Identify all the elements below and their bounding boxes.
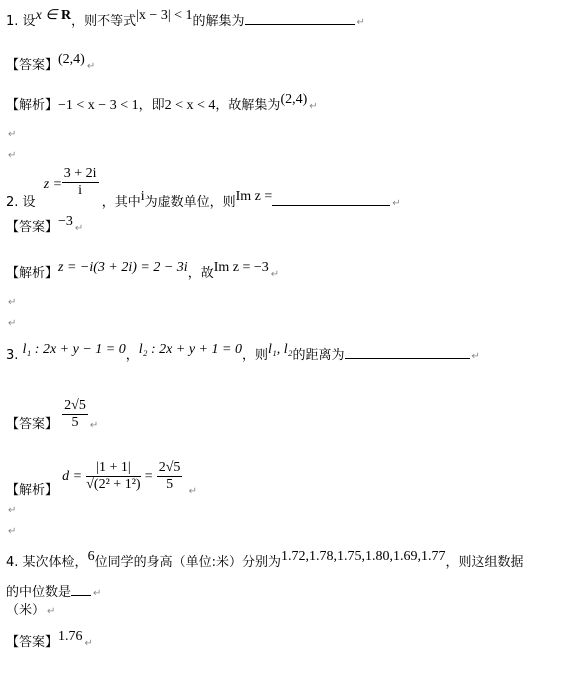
q2-analysis-text: ，故 xyxy=(188,266,214,281)
q4-unit: （米） xyxy=(6,603,45,618)
return-mark-icon: ↵ xyxy=(472,351,480,362)
q4-text3: ，则这组数据 xyxy=(445,555,523,570)
q2-answer-blank[interactable] xyxy=(272,193,390,206)
q2-answer: 【答案】−3↵ xyxy=(6,220,83,237)
q2-im: Im z = xyxy=(236,189,273,204)
return-mark-icon: ↵ xyxy=(8,505,16,516)
q3-sep: ， xyxy=(126,348,139,363)
q4-answer: 【答案】1.76↵ xyxy=(6,635,93,652)
q3-d-fraction: |1 + 1| √(2² + 1²) xyxy=(86,460,140,493)
q4-text1: 某次体检， xyxy=(23,555,88,570)
q2-z-eq: z = xyxy=(44,177,62,193)
return-mark-icon: ↵ xyxy=(357,17,365,28)
q2-z-expression: z = 3 + 2i i xyxy=(40,190,102,206)
analysis-label: 【解析】 xyxy=(6,98,58,113)
q3-question: 3. l₁ : 2x + y − 1 = 0，l₂ : 2x + y + 1 =… xyxy=(6,346,480,365)
q4-number: 4. xyxy=(6,555,18,570)
q3-r-den: 5 xyxy=(157,477,183,493)
return-mark-icon: ↵ xyxy=(87,61,95,72)
q3-eq: = xyxy=(145,469,153,484)
empty-line: ↵ xyxy=(6,502,16,519)
q1-answer-blank[interactable] xyxy=(245,12,355,25)
answer-label: 【答案】 xyxy=(6,635,58,650)
empty-line: ↵ xyxy=(6,126,16,143)
empty-line: ↵ xyxy=(6,523,16,540)
q1-analysis-expr3: (2,4) xyxy=(280,92,307,107)
q3-answer-blank[interactable] xyxy=(345,346,470,359)
q4-question-cont: 的中位数是↵ xyxy=(6,583,101,602)
answer-label: 【答案】 xyxy=(6,220,58,235)
q3-tail: 的距离为 xyxy=(293,348,345,363)
q4-answer-value: 1.76 xyxy=(58,629,83,644)
q1-number: 1. xyxy=(6,14,18,29)
q3-l12: l₁, l₂ xyxy=(268,342,293,357)
q1-cond-var: x ∈ xyxy=(36,8,61,23)
q3-d-eq: d = xyxy=(62,469,82,484)
return-mark-icon: ↵ xyxy=(8,526,16,537)
q2-question: 2. 设 z = 3 + 2i i ，其中i为虚数单位，则Im z =↵ xyxy=(6,190,401,212)
analysis-label: 【解析】 xyxy=(6,483,58,498)
q2-text1: ，其中 xyxy=(102,195,141,210)
q4-question: 4. 某次体检，6位同学的身高（单位:米）分别为1.72,1.78,1.75,1… xyxy=(6,555,523,571)
q4-count: 6 xyxy=(88,549,95,564)
q2-lead: 设 xyxy=(23,195,36,210)
q1-answer-value: (2,4) xyxy=(58,52,85,67)
q3-answer: 【答案】 2√5 5 ↵ xyxy=(6,408,98,441)
return-mark-icon: ↵ xyxy=(90,420,98,431)
q2-i: i xyxy=(141,189,145,204)
q1-analysis-expr2: 2 < x < 4 xyxy=(165,98,216,113)
return-mark-icon: ↵ xyxy=(392,198,400,209)
return-mark-icon: ↵ xyxy=(75,223,83,234)
q3-d-num: |1 + 1| xyxy=(86,460,140,477)
q2-number: 2. xyxy=(6,195,18,210)
empty-line: ↵ xyxy=(6,294,16,311)
q2-frac-num: 3 + 2i xyxy=(62,166,99,183)
q3-line2: l₂ : 2x + y + 1 = 0 xyxy=(139,342,242,357)
return-mark-icon: ↵ xyxy=(8,150,16,161)
q2-text2: 为虚数单位，则 xyxy=(145,195,236,210)
q1-tail: 的解集为 xyxy=(193,14,245,29)
q3-answer-den: 5 xyxy=(62,415,88,431)
return-mark-icon: ↵ xyxy=(189,486,197,497)
q1-question: 1. 设x ∈ R，则不等式|x − 3| < 1的解集为↵ xyxy=(6,12,365,31)
q1-analysis-text2: ，故解集为 xyxy=(215,98,280,113)
q3-number: 3. xyxy=(6,348,18,363)
q4-values: 1.72,1.78,1.75,1.80,1.69,1.77 xyxy=(281,549,446,564)
q3-mid: ，则 xyxy=(242,348,268,363)
q2-analysis-expr1: z = −i(3 + 2i) = 2 − 3i xyxy=(58,260,188,275)
q1-mid: ，则不等式 xyxy=(71,14,136,29)
q4-unit-line: （米）↵ xyxy=(6,603,55,620)
q2-analysis-expr2: Im z = −3 xyxy=(214,260,269,275)
q3-analysis-expr: d = |1 + 1| √(2² + 1²) = 2√5 5 xyxy=(62,469,186,484)
q1-analysis-expr1: −1 < x − 3 < 1 xyxy=(58,98,139,113)
q3-analysis: 【解析】 d = |1 + 1| √(2² + 1²) = 2√5 5 ↵ xyxy=(6,474,197,507)
answer-label: 【答案】 xyxy=(6,417,58,432)
return-mark-icon: ↵ xyxy=(8,297,16,308)
analysis-label: 【解析】 xyxy=(6,266,58,281)
q3-line1: l₁ : 2x + y − 1 = 0 xyxy=(23,342,126,357)
return-mark-icon: ↵ xyxy=(309,101,317,112)
q2-fraction: 3 + 2i i xyxy=(62,166,99,199)
answer-label: 【答案】 xyxy=(6,58,58,73)
q1-inequality: |x − 3| < 1 xyxy=(136,8,192,23)
q3-answer-num: 2√5 xyxy=(62,398,88,415)
return-mark-icon: ↵ xyxy=(93,588,101,599)
empty-line: ↵ xyxy=(6,147,16,164)
q3-r-num: 2√5 xyxy=(157,460,183,477)
return-mark-icon: ↵ xyxy=(47,606,55,617)
q1-analysis: 【解析】−1 < x − 3 < 1，即2 < x < 4，故解集为(2,4)↵ xyxy=(6,98,318,115)
empty-line: ↵ xyxy=(6,315,16,332)
q2-frac-den: i xyxy=(62,183,99,199)
q1-analysis-text1: ，即 xyxy=(139,98,165,113)
return-mark-icon: ↵ xyxy=(271,269,279,280)
q1-cond-set: R xyxy=(61,8,71,23)
q3-d-den: √(2² + 1²) xyxy=(86,477,140,493)
q4-answer-blank[interactable] xyxy=(71,583,91,596)
q2-answer-value: −3 xyxy=(58,214,73,229)
q1-answer: 【答案】(2,4)↵ xyxy=(6,58,95,75)
q4-text2: 位同学的身高（单位:米）分别为 xyxy=(95,555,281,570)
q1-lead: 设 xyxy=(23,14,36,29)
q3-result-fraction: 2√5 5 xyxy=(157,460,183,493)
return-mark-icon: ↵ xyxy=(85,638,93,649)
q4-text4: 的中位数是 xyxy=(6,585,71,600)
q3-answer-fraction: 2√5 5 xyxy=(62,398,88,431)
return-mark-icon: ↵ xyxy=(8,129,16,140)
q2-analysis: 【解析】z = −i(3 + 2i) = 2 − 3i，故Im z = −3↵ xyxy=(6,266,279,283)
return-mark-icon: ↵ xyxy=(8,318,16,329)
